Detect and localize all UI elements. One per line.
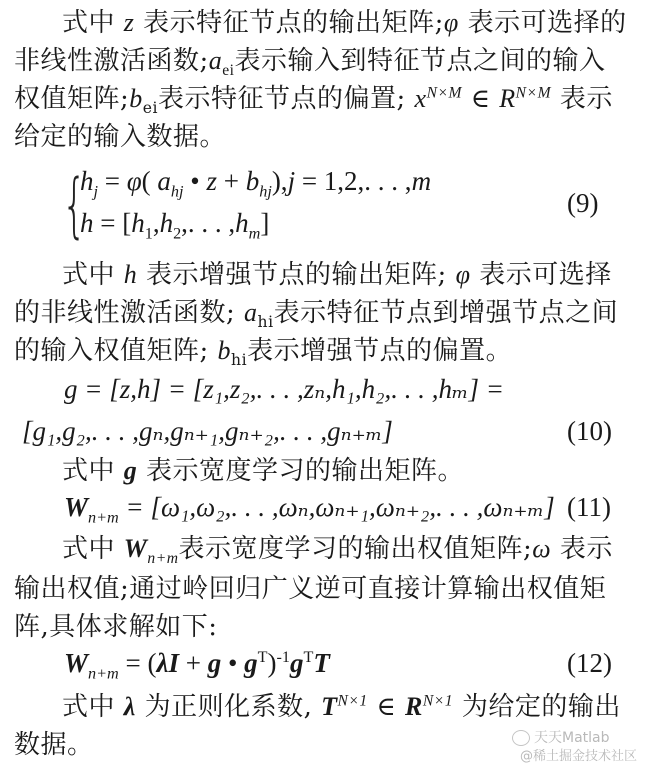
p1-line1: 式中 z 表示特征节点的输出矩阵;φ 表示可选择的 xyxy=(62,6,627,40)
text: 表示 xyxy=(551,84,613,114)
eq11: Wn+m = [ω₁,ω₂,. . . ,ωₙ,ωₙ₊₁,ωₙ₊₂,. . . … xyxy=(64,492,555,523)
p2-line3: 的输入权值矩阵; bhi表示增强节点的偏置。 xyxy=(14,334,512,368)
eq9-row2: h = [h1,h2,. . . ,hm] xyxy=(80,208,269,239)
p5-line1: 式中 λ 为正则化系数, TN×1 ∈ RN×1 为给定的输出 xyxy=(62,690,621,724)
p5-line2: 数据。 xyxy=(14,728,94,762)
text: 权值矩阵; xyxy=(14,84,129,114)
element-of: ∈ xyxy=(462,84,499,114)
p1-line4: 给定的输入数据。 xyxy=(14,120,226,154)
text: 表示特征节点的偏置; xyxy=(158,84,415,114)
watermark-line1: 天天Matlab xyxy=(512,727,610,747)
text: 表示输入到特征节点之间的输入 xyxy=(235,46,606,76)
var-a: a xyxy=(209,46,223,75)
eq10-line1: g = [z,h] = [z₁,z₂,. . . ,zₙ,h₁,h₂,. . .… xyxy=(64,374,504,405)
var-z: z xyxy=(124,8,135,37)
p2-line1: 式中 h 表示增强节点的输出矩阵; φ 表示可选择 xyxy=(62,258,612,292)
equation-number-12: (12) xyxy=(567,648,612,679)
text: 非线性激活函数; xyxy=(14,46,209,76)
p4-line1: 式中 Wn+m表示宽度学习的输出权值矩阵;ω 表示 xyxy=(62,532,613,566)
eq9-row1: hj = φ( ahj • z + bhj),j = 1,2,. . . ,m xyxy=(80,166,431,197)
subscript: ei xyxy=(143,99,158,117)
watermark-line2: @稀土掘金技术社区 xyxy=(520,745,637,764)
text: 表示可选择的 xyxy=(459,8,627,38)
text: 式中 xyxy=(62,8,124,38)
p1-line3: 权值矩阵;bei表示特征节点的偏置; xN×M ∈ RN×M 表示 xyxy=(14,82,613,116)
equation-number-9: (9) xyxy=(567,188,598,219)
equation-number-10: (10) xyxy=(567,416,612,447)
var-R: R xyxy=(499,84,515,113)
equation-number-11: (11) xyxy=(567,492,611,523)
p2-line2: 的非线性激活函数; ahi表示特征节点到增强节点之间 xyxy=(14,296,618,330)
p3-line1: 式中 g 表示宽度学习的输出矩阵。 xyxy=(62,454,464,488)
text: 表示特征节点的输出矩阵; xyxy=(134,8,444,38)
p4-line2: 输出权值;通过岭回归广义逆可直接计算输出权值矩 xyxy=(14,572,606,606)
eq12: Wn+m = (λI + g • gT)-1gTT xyxy=(64,648,330,679)
subscript: ei xyxy=(222,62,234,79)
text: 给定的输入数据。 xyxy=(14,122,226,152)
var-x: x xyxy=(415,84,427,113)
superscript: N×M xyxy=(516,84,551,101)
p4-line3: 阵,具体求解如下: xyxy=(14,610,218,644)
var-b: b xyxy=(129,84,143,113)
superscript: N×M xyxy=(427,84,462,101)
var-phi: φ xyxy=(444,8,459,37)
p1-line2: 非线性激活函数;aei表示输入到特征节点之间的输入 xyxy=(14,44,606,78)
wechat-icon xyxy=(512,730,530,746)
eq10-line2: [g₁,g₂,. . . ,gₙ,gₙ₊₁,gₙ₊₂,. . . ,gₙ₊ₘ] xyxy=(22,416,393,447)
